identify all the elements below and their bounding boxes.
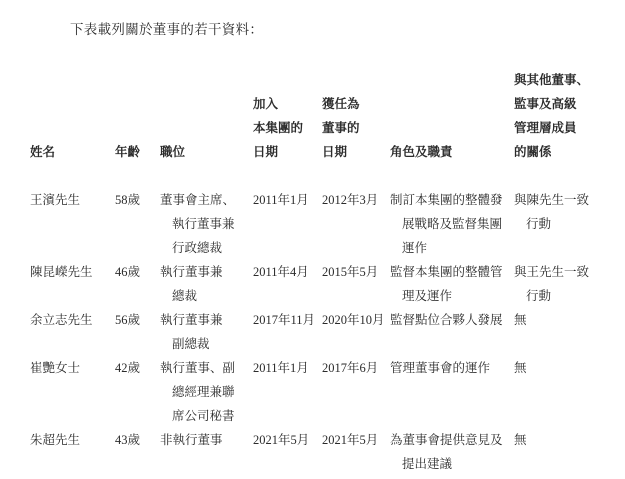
cell-name-line: 王濱先生 [30, 188, 115, 212]
director-row: 余立志先生56歲執行董事兼副總裁2017年11月2020年10月監督點位合夥人發… [30, 308, 595, 356]
column-header-line: 本集團的 [253, 116, 322, 140]
cell-position-line: 執行董事兼 [160, 308, 253, 332]
cell-joined-line: 2011年1月 [253, 188, 322, 212]
cell-joined: 2011年1月 [253, 356, 322, 428]
column-header-line: 日期 [253, 140, 322, 164]
directors-table: 姓名年齡職位加入本集團的日期獲任為董事的日期角色及職責與其他董事、監事及高級管理… [30, 68, 595, 476]
cell-name: 余立志先生 [30, 308, 115, 356]
cell-roles: 制訂本集團的整體發展戰略及監督集團運作 [390, 164, 514, 260]
column-header-line: 職位 [160, 140, 253, 164]
cell-position: 執行董事、副總經理兼聯席公司秘書 [160, 356, 253, 428]
cell-appointed: 2020年10月 [322, 308, 390, 356]
cell-age: 42歲 [115, 356, 160, 428]
cell-age-line: 56歲 [115, 308, 160, 332]
column-header-line: 角色及職責 [390, 140, 514, 164]
cell-relationship: 與陳先生一致行動 [514, 164, 595, 260]
cell-position-line: 行政總裁 [172, 236, 253, 260]
column-header-line: 加入 [253, 92, 322, 116]
cell-position: 執行董事兼副總裁 [160, 308, 253, 356]
column-header-line: 日期 [322, 140, 390, 164]
cell-name-line: 崔艷女士 [30, 356, 115, 380]
cell-relationship-line: 與陳先生一致 [514, 188, 595, 212]
cell-name: 朱超先生 [30, 428, 115, 476]
cell-joined-line: 2021年5月 [253, 428, 322, 452]
column-header-roles: 角色及職責 [390, 68, 514, 164]
cell-position-line: 副總裁 [172, 332, 253, 356]
director-row: 朱超先生43歲非執行董事2021年5月2021年5月為董事會提供意見及提出建議無 [30, 428, 595, 476]
cell-appointed: 2021年5月 [322, 428, 390, 476]
cell-position-line: 執行董事兼 [172, 212, 253, 236]
cell-appointed-line: 2015年5月 [322, 260, 390, 284]
cell-relationship-line: 行動 [526, 212, 595, 236]
cell-joined: 2021年5月 [253, 428, 322, 476]
column-header-line: 管理層成員 [514, 116, 595, 140]
cell-position-line: 非執行董事 [160, 428, 253, 452]
column-header-line: 年齡 [115, 140, 160, 164]
cell-relationship-line: 無 [514, 308, 595, 332]
director-row: 陳昆嶸先生46歲執行董事兼總裁2011年4月2015年5月監督本集團的整體管理及… [30, 260, 595, 308]
cell-age-line: 58歲 [115, 188, 160, 212]
cell-name-line: 余立志先生 [30, 308, 115, 332]
cell-name: 王濱先生 [30, 164, 115, 260]
cell-roles-line: 管理董事會的運作 [390, 356, 514, 380]
cell-appointed: 2017年6月 [322, 356, 390, 428]
cell-appointed-line: 2017年6月 [322, 356, 390, 380]
cell-age: 43歲 [115, 428, 160, 476]
cell-position: 董事會主席、執行董事兼行政總裁 [160, 164, 253, 260]
cell-roles-line: 制訂本集團的整體發 [390, 188, 514, 212]
cell-roles-line: 理及運作 [402, 284, 514, 308]
cell-name: 崔艷女士 [30, 356, 115, 428]
cell-position-line: 董事會主席、 [160, 188, 253, 212]
column-header-relationship: 與其他董事、監事及高級管理層成員的關係 [514, 68, 595, 164]
cell-roles-line: 為董事會提供意見及 [390, 428, 514, 452]
cell-age: 46歲 [115, 260, 160, 308]
column-header-line: 董事的 [322, 116, 390, 140]
column-header-line: 姓名 [30, 140, 115, 164]
cell-relationship-line: 無 [514, 428, 595, 452]
cell-appointed-line: 2012年3月 [322, 188, 390, 212]
cell-relationship: 無 [514, 308, 595, 356]
column-header-line: 獲任為 [322, 92, 390, 116]
cell-relationship: 與王先生一致行動 [514, 260, 595, 308]
column-header-appointed: 獲任為董事的日期 [322, 68, 390, 164]
cell-position: 非執行董事 [160, 428, 253, 476]
cell-appointed: 2012年3月 [322, 164, 390, 260]
cell-appointed-line: 2020年10月 [322, 308, 390, 332]
cell-position-line: 總裁 [172, 284, 253, 308]
cell-age: 56歲 [115, 308, 160, 356]
cell-age: 58歲 [115, 164, 160, 260]
column-header-joined: 加入本集團的日期 [253, 68, 322, 164]
column-header-position: 職位 [160, 68, 253, 164]
cell-roles: 管理董事會的運作 [390, 356, 514, 428]
director-row: 王濱先生58歲董事會主席、執行董事兼行政總裁2011年1月2012年3月制訂本集… [30, 164, 595, 260]
cell-position-line: 席公司秘書 [172, 404, 253, 428]
cell-position: 執行董事兼總裁 [160, 260, 253, 308]
cell-roles: 監督本集團的整體管理及運作 [390, 260, 514, 308]
cell-relationship-line: 行動 [526, 284, 595, 308]
cell-roles-line: 監督本集團的整體管 [390, 260, 514, 284]
column-header-age: 年齡 [115, 68, 160, 164]
cell-joined-line: 2011年4月 [253, 260, 322, 284]
intro-text: 下表載列關於董事的若干資料： [70, 18, 263, 42]
column-header-line: 監事及高級 [514, 92, 595, 116]
cell-joined-line: 2011年1月 [253, 356, 322, 380]
table-header-row: 姓名年齡職位加入本集團的日期獲任為董事的日期角色及職責與其他董事、監事及高級管理… [30, 68, 595, 164]
cell-appointed-line: 2021年5月 [322, 428, 390, 452]
cell-name-line: 陳昆嶸先生 [30, 260, 115, 284]
cell-relationship: 無 [514, 356, 595, 428]
document-page: 下表載列關於董事的若干資料： 姓名年齡職位加入本集團的日期獲任為董事的日期角色及… [0, 0, 625, 479]
cell-joined: 2011年4月 [253, 260, 322, 308]
cell-relationship: 無 [514, 428, 595, 476]
cell-age-line: 42歲 [115, 356, 160, 380]
cell-position-line: 總經理兼聯 [172, 380, 253, 404]
cell-roles-line: 展戰略及監督集團 [402, 212, 514, 236]
cell-name: 陳昆嶸先生 [30, 260, 115, 308]
cell-appointed: 2015年5月 [322, 260, 390, 308]
cell-position-line: 執行董事兼 [160, 260, 253, 284]
cell-roles-line: 提出建議 [402, 452, 514, 476]
column-header-line: 與其他董事、 [514, 68, 595, 92]
cell-relationship-line: 與王先生一致 [514, 260, 595, 284]
cell-roles-line: 運作 [402, 236, 514, 260]
cell-roles: 監督點位合夥人發展 [390, 308, 514, 356]
director-row: 崔艷女士42歲執行董事、副總經理兼聯席公司秘書2011年1月2017年6月管理董… [30, 356, 595, 428]
cell-joined-line: 2017年11月 [253, 308, 322, 332]
cell-position-line: 執行董事、副 [160, 356, 253, 380]
column-header-name: 姓名 [30, 68, 115, 164]
column-header-line: 的關係 [514, 140, 595, 164]
cell-joined: 2011年1月 [253, 164, 322, 260]
cell-roles-line: 監督點位合夥人發展 [390, 308, 514, 332]
cell-name-line: 朱超先生 [30, 428, 115, 452]
cell-relationship-line: 無 [514, 356, 595, 380]
cell-age-line: 43歲 [115, 428, 160, 452]
cell-age-line: 46歲 [115, 260, 160, 284]
cell-joined: 2017年11月 [253, 308, 322, 356]
cell-roles: 為董事會提供意見及提出建議 [390, 428, 514, 476]
